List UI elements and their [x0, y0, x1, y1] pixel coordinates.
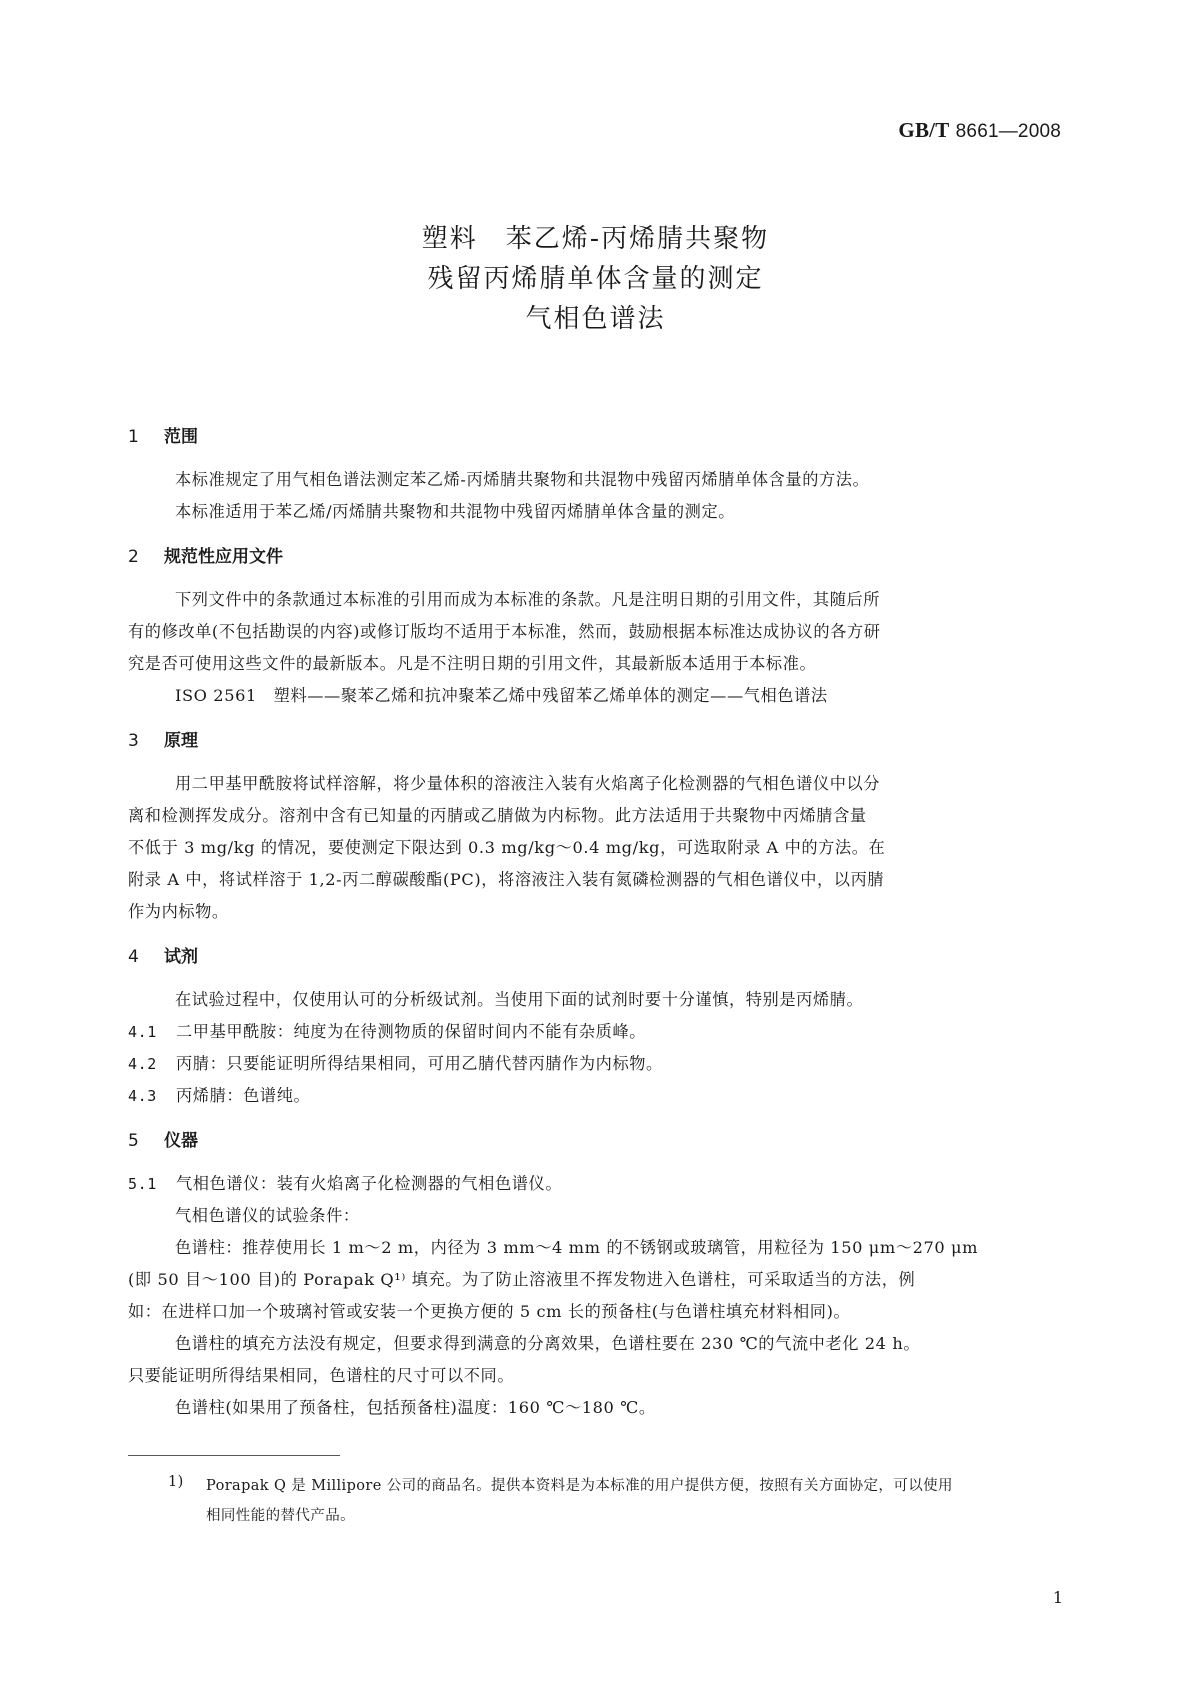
paragraph-line: 气相色谱仪的试验条件： [175, 1202, 360, 1226]
clause-number: 4.1 [128, 1023, 176, 1041]
clause-number: 5.1 [128, 1175, 176, 1193]
paragraph-line: 究是否可使用这些文件的最新版本。凡是不注明日期的引用文件，其最新版本适用于本标准… [128, 650, 816, 674]
paragraph-line: 有的修改单(不包括勘误的内容)或修订版均不适用于本标准，然而，鼓励根据本标准达成… [128, 618, 880, 642]
section-2-heading: 2规范性应用文件 [128, 542, 283, 567]
standard-code: GB/T 8661—2008 [898, 118, 1061, 143]
clause-4-3: 4.3丙烯腈：色谱纯。 [128, 1082, 310, 1106]
normative-reference: ISO 2561 塑料——聚苯乙烯和抗冲聚苯乙烯中残留苯乙烯单体的测定——气相色… [175, 682, 828, 706]
paragraph-line: 只要能证明所得结果相同，色谱柱的尺寸可以不同。 [128, 1362, 514, 1386]
paragraph: 本标准适用于苯乙烯/丙烯腈共聚物和共混物中残留丙烯腈单体含量的测定。 [175, 498, 735, 522]
paragraph: 在试验过程中，仅使用认可的分析级试剂。当使用下面的试剂时要十分谨慎，特别是丙烯腈… [175, 986, 863, 1010]
clause-5-1: 5.1气相色谱仪：装有火焰离子化检测器的气相色谱仪。 [128, 1170, 562, 1194]
clause-4-1: 4.1二甲基甲酰胺：纯度为在待测物质的保留时间内不能有杂质峰。 [128, 1018, 646, 1042]
doc-title-line-2: 残留丙烯腈单体含量的测定 [0, 258, 1191, 295]
paragraph-line: 色谱柱(如果用了预备柱，包括预备柱)温度：160 ℃～180 ℃。 [175, 1394, 656, 1418]
paragraph-line: 色谱柱：推荐使用长 1 m～2 m，内径为 3 mm～4 mm 的不锈钢或玻璃管… [175, 1234, 978, 1258]
section-title: 规范性应用文件 [164, 547, 283, 567]
clause-text: 气相色谱仪：装有火焰离子化检测器的气相色谱仪。 [176, 1174, 562, 1193]
standard-number: 8661—2008 [956, 121, 1061, 142]
section-title: 原理 [164, 731, 198, 751]
section-1-heading: 1范围 [128, 422, 198, 447]
paragraph-line: 离和检测挥发成分。溶剂中含有已知量的丙腈或乙腈做为内标物。此方法适用于共聚物中丙… [128, 802, 867, 826]
doc-title-line-3: 气相色谱法 [0, 298, 1191, 335]
section-title: 仪器 [164, 1131, 198, 1151]
section-number: 4 [128, 947, 164, 967]
clause-text: 丙腈：只要能证明所得结果相同，可用乙腈代替丙腈作为内标物。 [176, 1054, 663, 1073]
section-title: 试剂 [164, 947, 198, 967]
paragraph-line: 作为内标物。 [128, 898, 229, 922]
clause-4-2: 4.2丙腈：只要能证明所得结果相同，可用乙腈代替丙腈作为内标物。 [128, 1050, 663, 1074]
footnote-number: 1) [168, 1474, 184, 1490]
standard-prefix: GB/T [898, 118, 949, 142]
footnote-divider [128, 1455, 340, 1456]
clause-number: 4.3 [128, 1087, 176, 1105]
footnote-text-line-2: 相同性能的替代产品。 [206, 1504, 355, 1525]
footnote-text-line-1: Porapak Q 是 Millipore 公司的商品名。提供本资料是为本标准的… [206, 1474, 953, 1495]
clause-text: 丙烯腈：色谱纯。 [176, 1086, 310, 1105]
section-5-heading: 5仪器 [128, 1126, 198, 1151]
paragraph-line: 如：在进样口加一个玻璃衬管或安装一个更换方便的 5 cm 长的预备柱(与色谱柱填… [128, 1298, 850, 1322]
page-number: 1 [1053, 1588, 1063, 1607]
paragraph: 本标准规定了用气相色谱法测定苯乙烯-丙烯腈共聚物和共混物中残留丙烯腈单体含量的方… [175, 466, 869, 490]
paragraph-line: 附录 A 中，将试样溶于 1,2-丙二醇碳酸酯(PC)，将溶液注入装有氮磷检测器… [128, 866, 884, 890]
paragraph-line: 不低于 3 mg/kg 的情况，要使测定下限达到 0.3 mg/kg～0.4 m… [128, 834, 885, 858]
section-number: 5 [128, 1131, 164, 1151]
section-title: 范围 [164, 427, 198, 447]
clause-number: 4.2 [128, 1055, 176, 1073]
section-number: 2 [128, 547, 164, 567]
section-number: 1 [128, 427, 164, 447]
paragraph-line: 色谱柱的填充方法没有规定，但要求得到满意的分离效果，色谱柱要在 230 ℃的气流… [175, 1330, 920, 1354]
section-3-heading: 3原理 [128, 726, 198, 751]
section-4-heading: 4试剂 [128, 942, 198, 967]
clause-text: 二甲基甲酰胺：纯度为在待测物质的保留时间内不能有杂质峰。 [176, 1022, 646, 1041]
paragraph-line: (即 50 目～100 目)的 Porapak Q¹⁾ 填充。为了防止溶液里不挥… [128, 1266, 915, 1290]
paragraph-line: 用二甲基甲酰胺将试样溶解，将少量体积的溶液注入装有火焰离子化检测器的气相色谱仪中… [175, 770, 880, 794]
doc-title-line-1: 塑料 苯乙烯-丙烯腈共聚物 [0, 218, 1191, 255]
paragraph-line: 下列文件中的条款通过本标准的引用而成为本标准的条款。凡是注明日期的引用文件，其随… [175, 586, 880, 610]
section-number: 3 [128, 731, 164, 751]
